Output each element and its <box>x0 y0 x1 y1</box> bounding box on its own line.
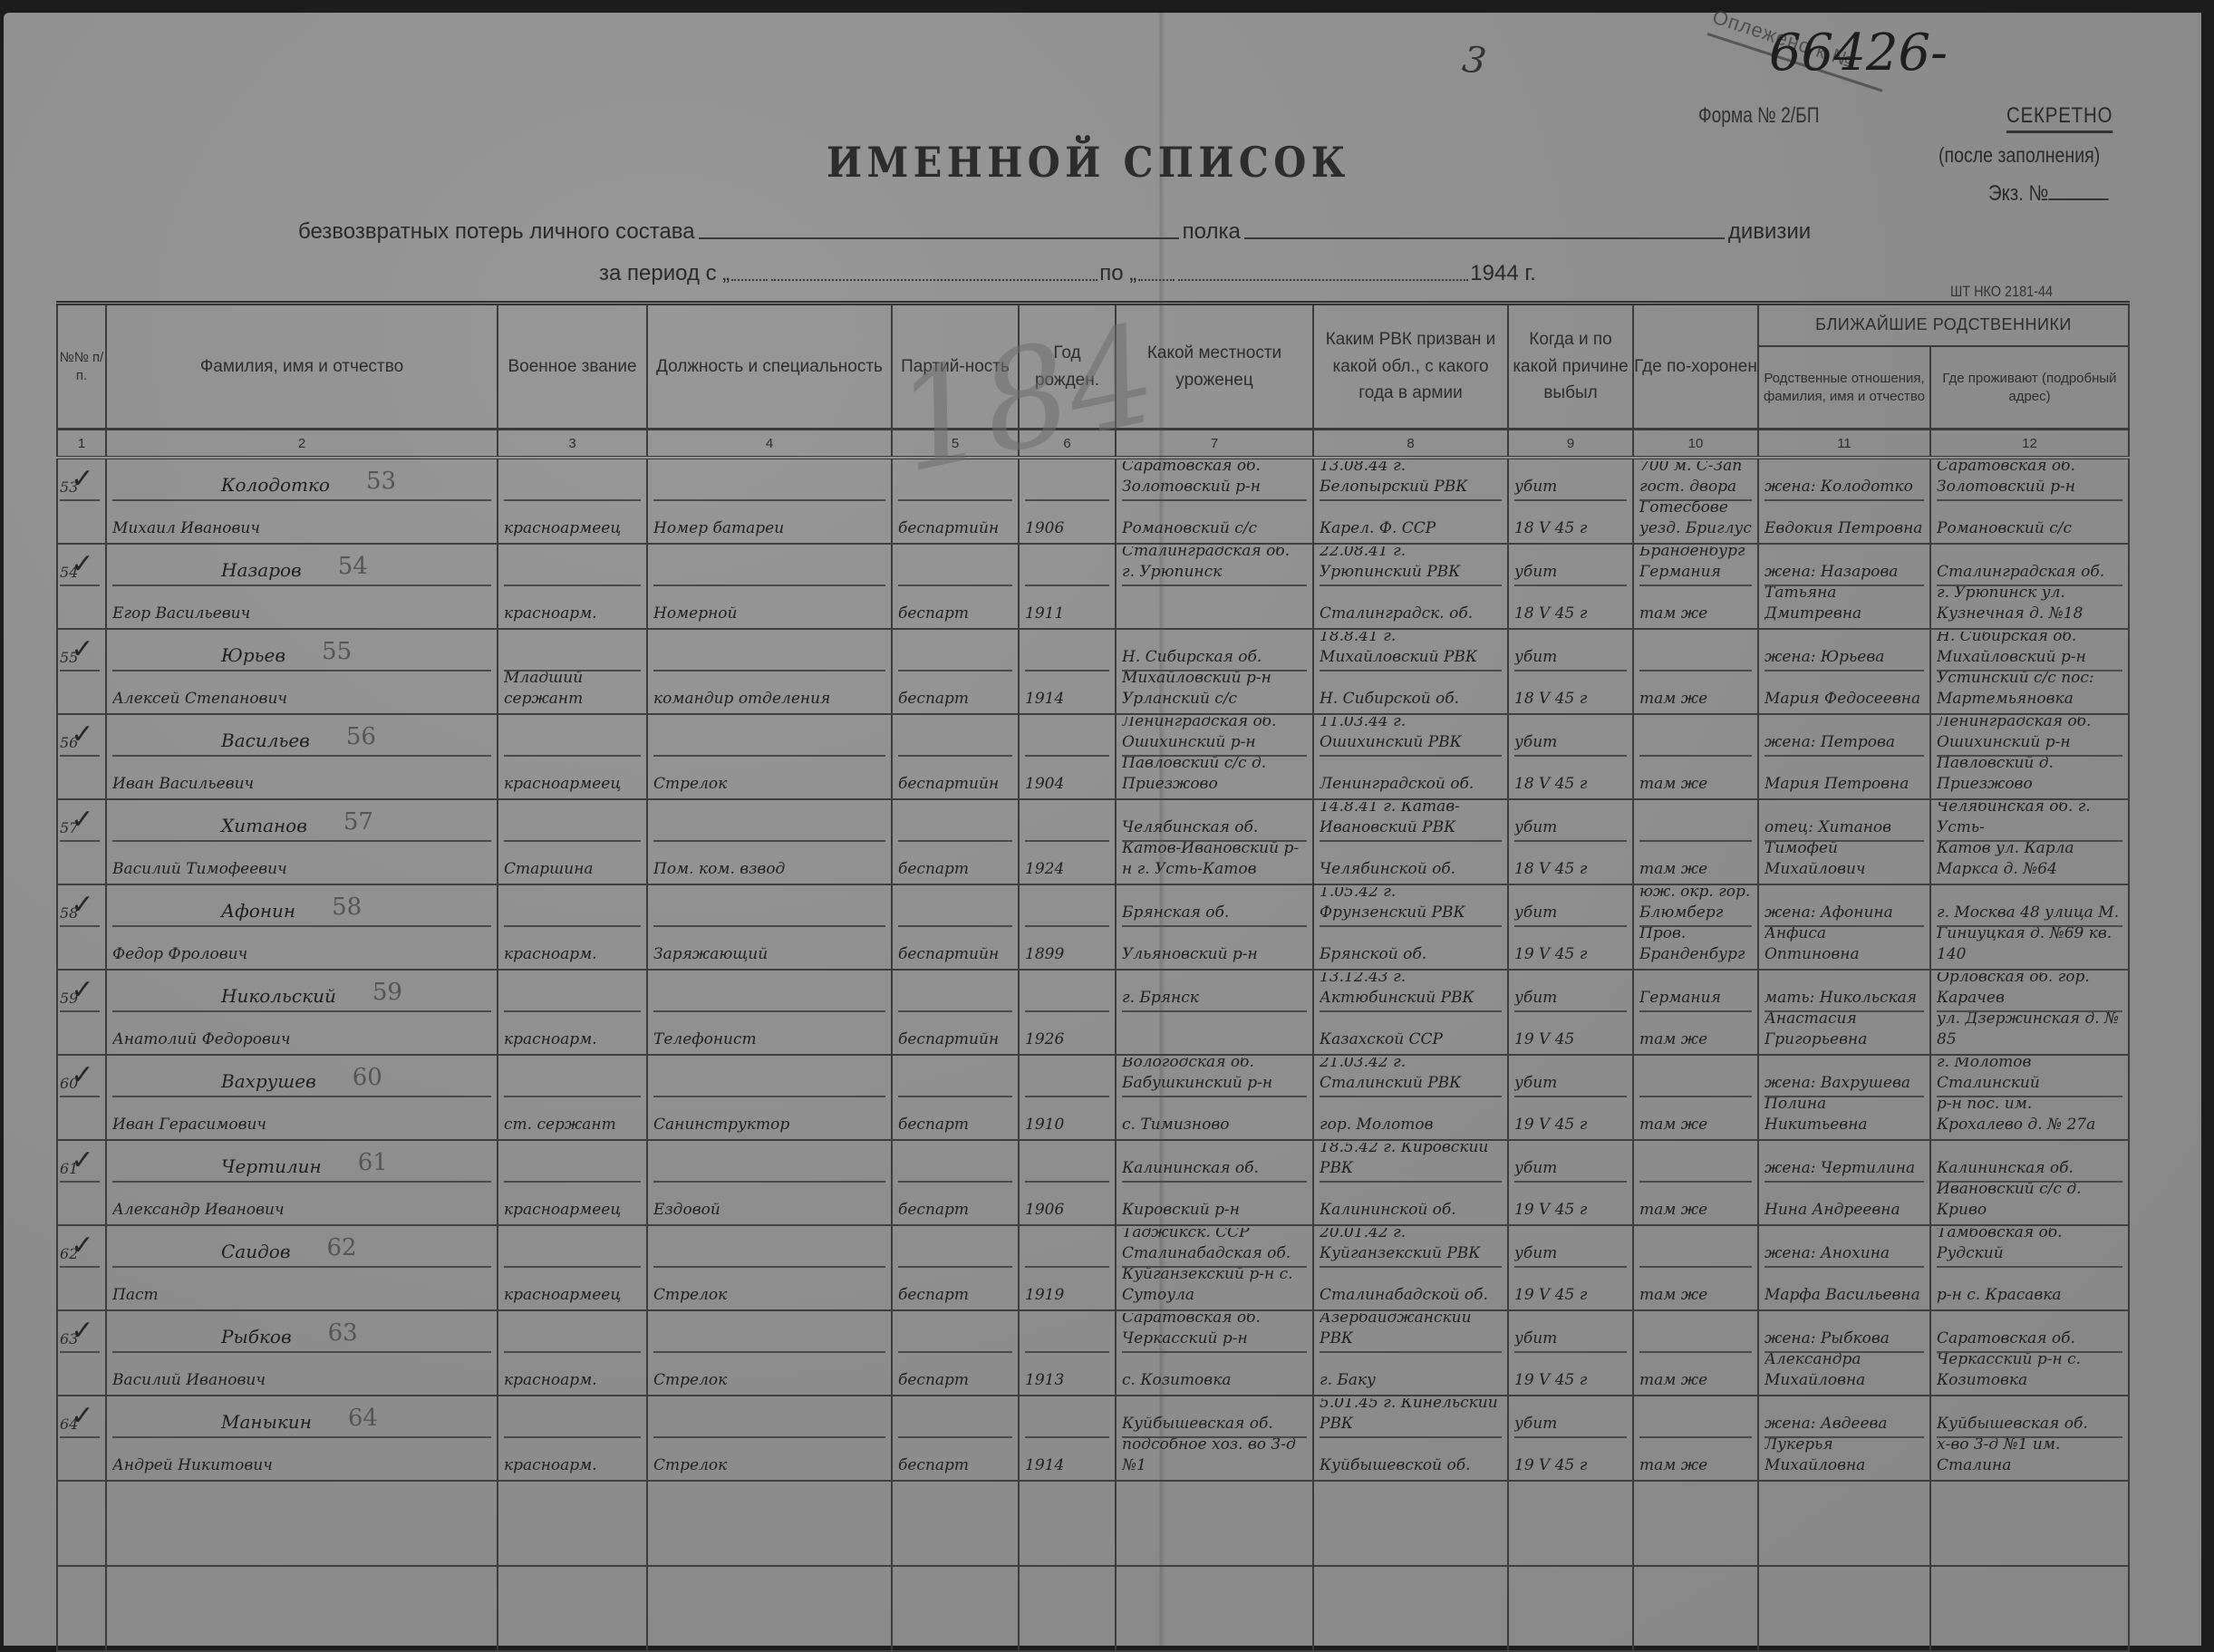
address-line-1: Орловская об. гор. Карачев <box>1937 972 2122 1009</box>
burial-line-2: там же <box>1639 774 1707 795</box>
rvk-cell: 14.8.41 г. Катав-Ивановский РВК Челябинс… <box>1313 799 1508 884</box>
table-row: 54✓ Назаров54 Егор Васильевич красноарм.… <box>57 544 2129 629</box>
row-number-cell: 54✓ <box>57 544 106 629</box>
address-line-1: Челябинская об. г. Усть- <box>1937 802 2122 838</box>
name-cell: Афонин58 Федор Фролович <box>106 884 498 970</box>
empty-cell <box>498 1481 647 1566</box>
address-line-1: г. Молотов Сталинский <box>1937 1058 2122 1094</box>
address-line-1: Саратовская об. <box>1937 1328 2075 1349</box>
relative-relation: жена: Чертилина <box>1764 1158 1915 1179</box>
address-line-2: Кировский р-н Ивановский с/с д. Криво <box>1937 1183 2122 1221</box>
row-number-cell: 59✓ <box>57 970 106 1055</box>
burial-line-2: там же <box>1639 1200 1707 1221</box>
birthplace-cell: Вологодская об. Бабушкинский р-н с. Тими… <box>1116 1055 1313 1140</box>
pencil-number: 53 <box>366 466 396 498</box>
division-blank <box>1244 237 1725 239</box>
position-cell: Пом. ком. взвод <box>647 799 892 884</box>
checkmark-icon: ✓ <box>71 632 93 668</box>
rvk-line-2: гор. Молотов <box>1320 1115 1433 1135</box>
col-number-11: 11 <box>1758 430 1930 459</box>
buried-cell: юж. окр. гор. Блюмберг Пров. Бранденбург <box>1633 884 1758 970</box>
table-row: 61✓ Чертилин61 Александр Иванович красно… <box>57 1140 2129 1225</box>
col-header-number: №№ п/п. <box>57 304 106 430</box>
burial-line-2: там же <box>1639 1115 1707 1135</box>
rvk-cell: 22.08.41 г. Урюпинский РВК Сталинградск.… <box>1313 544 1508 629</box>
empty-cell <box>106 1481 498 1566</box>
surname: Маныкин <box>221 1410 312 1435</box>
name-cell: Маныкин64 Андрей Никитович <box>106 1396 498 1481</box>
row-number-cell: 53✓ <box>57 458 106 544</box>
cause: убит <box>1514 1414 1557 1435</box>
position: Санинструктор <box>653 1115 789 1135</box>
given-names: Анатолий Федорович <box>112 1029 290 1050</box>
birth-year: 1906 <box>1025 1200 1064 1221</box>
rvk-cell: 13.12.43 г. Актюбинский РВК Казахской СС… <box>1313 970 1508 1055</box>
document-sheet: 3 Оплежено к № 66426- Форма № 2/БП СЕКРЕ… <box>4 13 2201 1646</box>
rank-cell: красноарм. <box>498 544 647 629</box>
birthplace-cell: Н. Сибирская об. Михайловский р-н Урланс… <box>1116 629 1313 714</box>
row-number-cell: 55✓ <box>57 629 106 714</box>
birthplace-cell: Челябинская об. Катов-Ивановский р-н г. … <box>1116 799 1313 884</box>
relative-cell: жена: Рыбкова Александра Михайловна <box>1758 1310 1930 1396</box>
checkmark-icon: ✓ <box>71 1228 93 1264</box>
cause: убит <box>1514 1158 1557 1179</box>
birth-year: 1924 <box>1025 859 1064 880</box>
date-out: 18 V 45 г <box>1514 518 1587 539</box>
address-line-2: Павловский д. Приезжово <box>1937 757 2122 795</box>
date-out: 18 V 45 г <box>1514 604 1587 624</box>
birthplace-line-1: Ленинградская об. Ошихинский р-н <box>1122 717 1307 753</box>
relative-relation: жена: Афонина <box>1764 903 1893 923</box>
when-why-cell: убит 18 V 45 г <box>1508 714 1633 799</box>
pencil-number: 62 <box>326 1232 356 1264</box>
rvk-cell: 13.08.44 г. Белопырский РВК Карел. Ф. СС… <box>1313 458 1508 544</box>
given-names: Федор Фролович <box>112 944 247 965</box>
checkmark-icon: ✓ <box>71 802 93 838</box>
when-why-cell: убит 19 V 45 г <box>1508 1396 1633 1481</box>
military-rank: Младший сержант <box>504 671 641 710</box>
address-cell: Тамбовская об. Рудский р-н с. Красавка <box>1930 1225 2129 1310</box>
address-cell: Челябинская об. г. Усть- Катов ул. Карла… <box>1930 799 2129 884</box>
pencil-number: 60 <box>353 1062 382 1094</box>
cause: убит <box>1514 732 1557 753</box>
address-line-2: р-н с. Красавка <box>1937 1285 2062 1306</box>
rvk-line-1: 1.05.42 г. Фрунзенский РВК <box>1320 887 1502 923</box>
birthplace-cell: г. Брянск <box>1116 970 1313 1055</box>
cause: убит <box>1514 1328 1557 1349</box>
birthplace-line-1: Куйбышевская об. <box>1122 1414 1273 1435</box>
address-line-1: Сталинградская об. <box>1937 562 2104 583</box>
birth-year: 1899 <box>1025 944 1064 965</box>
date-out: 19 V 45 г <box>1514 944 1587 965</box>
date-out: 19 V 45 г <box>1514 1285 1587 1306</box>
address-cell: Саратовская об. Золотовский р-н Романовс… <box>1930 458 2129 544</box>
rvk-cell: 18.5.42 г. Кировский РВК Калининской об. <box>1313 1140 1508 1225</box>
burial-line-2: там же <box>1639 1029 1707 1050</box>
relative-relation: жена: Авдеева <box>1764 1414 1888 1435</box>
position: командир отделения <box>653 689 830 710</box>
empty-cell <box>647 1481 892 1566</box>
empty-cell <box>1508 1481 1633 1566</box>
birthplace-cell: Калининская об. Кировский р-н <box>1116 1140 1313 1225</box>
table-row: 60✓ Вахрушев60 Иван Герасимович ст. серж… <box>57 1055 2129 1140</box>
row-number-cell: 61✓ <box>57 1140 106 1225</box>
rvk-line-2: Куйбышевской об. <box>1320 1455 1471 1476</box>
when-why-cell: убит 18 V 45 г <box>1508 799 1633 884</box>
birthplace-line-1: Саратовская об. Черкасский р-н <box>1122 1313 1307 1349</box>
address-line-2: г. Урюпинск ул. Кузнечная д. №18 <box>1937 586 2122 624</box>
checkmark-icon: ✓ <box>71 1143 93 1179</box>
rvk-line-2: Сталинградск. об. <box>1320 604 1473 624</box>
date-out: 18 V 45 г <box>1514 859 1587 880</box>
pencil-number: 55 <box>322 636 352 668</box>
position-cell: Ездовой <box>647 1140 892 1225</box>
surname: Хитанов <box>221 814 307 838</box>
rvk-line-1: 22.08.41 г. Урюпинский РВК <box>1320 546 1502 583</box>
date-out: 19 V 45 г <box>1514 1455 1587 1476</box>
rank-cell: красноарм. <box>498 1310 647 1396</box>
rvk-cell: 1.05.42 г. Фрунзенский РВК Брянской об. <box>1313 884 1508 970</box>
period-from-day <box>731 278 768 281</box>
buried-cell: там же <box>1633 1310 1758 1396</box>
birthplace-line-2: Михайловский р-н Урланский с/с <box>1122 671 1307 710</box>
row-number-cell: 58✓ <box>57 884 106 970</box>
when-why-cell: убит 18 V 45 г <box>1508 458 1633 544</box>
given-names: Александр Иванович <box>112 1200 285 1221</box>
relative-name: Мария Федосеевна <box>1764 689 1920 710</box>
when-why-cell: убит 18 V 45 г <box>1508 544 1633 629</box>
rvk-line-1: 18.5.42 г. Кировский РВК <box>1320 1143 1502 1179</box>
period-mid: по „ <box>1099 261 1136 286</box>
party-membership: беспарт <box>898 1200 969 1221</box>
empty-cell <box>1019 1566 1116 1646</box>
rvk-cell: 5.01.45 г. Кинельский РВК Куйбышевской о… <box>1313 1396 1508 1481</box>
cause: убит <box>1514 477 1557 498</box>
party-cell: беспартийн <box>892 884 1019 970</box>
relative-name: Лукерья Михайловна <box>1764 1438 1924 1476</box>
rank-cell: Старшина <box>498 799 647 884</box>
burial-line-1: 700 м. С-Зап гост. двора <box>1639 461 1752 498</box>
rvk-line-1: 5.01.45 г. Кинельский РВК <box>1320 1398 1502 1435</box>
row-number-cell: 63✓ <box>57 1310 106 1396</box>
table-row: 59✓ Никольский59 Анатолий Федорович крас… <box>57 970 2129 1055</box>
empty-cell <box>1930 1481 2129 1566</box>
relative-relation: жена: Анохина <box>1764 1243 1890 1264</box>
empty-cell <box>892 1481 1019 1566</box>
buried-cell: там же <box>1633 1225 1758 1310</box>
col-number-12: 12 <box>1930 430 2129 459</box>
empty-cell <box>892 1566 1019 1646</box>
name-cell: Вахрушев60 Иван Герасимович <box>106 1055 498 1140</box>
rvk-cell: 18.8.41 г. Михайловский РВК Н. Сибирской… <box>1313 629 1508 714</box>
relative-relation: жена: Юрьева <box>1764 647 1884 668</box>
name-cell: Хитанов57 Василий Тимофеевич <box>106 799 498 884</box>
cause: убит <box>1514 1243 1557 1264</box>
birth-year: 1906 <box>1025 518 1064 539</box>
relative-name: Евдокия Петровна <box>1764 518 1922 539</box>
party-membership: беспартийн <box>898 1029 999 1050</box>
surname: Чертилин <box>221 1154 322 1179</box>
surname: Саидов <box>221 1240 290 1264</box>
military-rank: красноарм. <box>504 944 597 965</box>
rank-cell: красноармеец <box>498 714 647 799</box>
cause: убит <box>1514 817 1557 838</box>
empty-cell <box>1633 1481 1758 1566</box>
position-cell: Стрелок <box>647 1225 892 1310</box>
address-line-1: г. Москва 48 улица М. <box>1937 903 2119 923</box>
address-line-2: Гиниуцкая д. №69 кв. 140 <box>1937 927 2122 965</box>
buried-cell: Германия там же <box>1633 970 1758 1055</box>
birthplace-line-1: Брянская об. <box>1122 903 1229 923</box>
relative-name: Татьяна Дмитревна <box>1764 586 1924 624</box>
burial-line-1: Германия <box>1639 988 1721 1009</box>
birth-year: 1911 <box>1025 604 1064 624</box>
empty-cell <box>1313 1481 1508 1566</box>
party-cell: беспарт <box>892 1055 1019 1140</box>
party-cell: беспарт <box>892 544 1019 629</box>
date-out: 19 V 45 г <box>1514 1115 1587 1135</box>
pencil-number: 64 <box>348 1403 378 1435</box>
birth-year-cell: 1904 <box>1019 714 1116 799</box>
position-cell: Телефонист <box>647 970 892 1055</box>
surname: Васильев <box>221 729 310 753</box>
col-number-3: 3 <box>498 430 647 459</box>
birth-year-cell: 1914 <box>1019 1396 1116 1481</box>
burial-line-2: там же <box>1639 859 1707 880</box>
col-header-rvk: Каким РВК призван и какой обл., с какого… <box>1313 304 1508 430</box>
birthplace-line-2: с. Козитовка <box>1122 1370 1231 1391</box>
birthplace-line-1: Таджикск. ССР Сталинабадская об. <box>1122 1228 1307 1264</box>
birth-year: 1919 <box>1025 1285 1064 1306</box>
empty-cell <box>1508 1566 1633 1646</box>
position: Номерной <box>653 604 737 624</box>
rank-cell: красноармеец <box>498 458 647 544</box>
rank-cell: красноарм. <box>498 970 647 1055</box>
party-membership: беспартийн <box>898 518 999 539</box>
relative-cell: жена: Афонина Анфиса Оптиновна <box>1758 884 1930 970</box>
birthplace-cell: Таджикск. ССР Сталинабадская об. Куйганз… <box>1116 1225 1313 1310</box>
military-rank: красноармеец <box>504 518 621 539</box>
period-prefix: за период с „ <box>599 261 730 286</box>
col-number-2: 2 <box>106 430 498 459</box>
empty-cell <box>1758 1481 1930 1566</box>
birthplace-line-1: г. Брянск <box>1122 988 1199 1009</box>
relative-name: Марфа Васильевна <box>1764 1285 1920 1306</box>
birth-year: 1926 <box>1025 1029 1064 1050</box>
subtitle-prefix: безвозвратных потерь личного состава <box>298 219 695 245</box>
address-cell: Н. Сибирская об. Михайловский р-н Устинс… <box>1930 629 2129 714</box>
party-membership: беспартийн <box>898 774 999 795</box>
address-cell: Ленинградская об. Ошихинский р-н Павловс… <box>1930 714 2129 799</box>
address-cell: Саратовская об. Черкасский р-н с. Козито… <box>1930 1310 2129 1396</box>
empty-cell <box>498 1566 647 1646</box>
address-line-2: р-н пос. им. Крохалево д. № 27а <box>1937 1097 2122 1135</box>
rvk-line-1: 20.01.42 г. Куйганзекский РВК <box>1320 1228 1502 1264</box>
pencil-number: 56 <box>346 721 376 753</box>
birthplace-line-1: Калининская об. <box>1122 1158 1259 1179</box>
rvk-line-1: 11.03.44 г. Ошихинский РВК <box>1320 717 1502 753</box>
position: Заряжающий <box>653 944 768 965</box>
position: Стрелок <box>653 1370 727 1391</box>
address-cell: Калининская об. Кировский р-н Ивановский… <box>1930 1140 2129 1225</box>
rvk-line-2: Ленинградской об. <box>1320 774 1474 795</box>
party-cell: беспартийн <box>892 970 1019 1055</box>
surname: Колодотко <box>221 473 330 498</box>
period-row: за период с „ по „ 1944 г. <box>599 261 1536 286</box>
burial-line-2: там же <box>1639 604 1707 624</box>
birth-year-cell: 1913 <box>1019 1310 1116 1396</box>
relative-relation: жена: Петрова <box>1764 732 1895 753</box>
birthplace-line-2: Павловский с/с д. Приезжово <box>1122 757 1307 795</box>
col-header-rank: Военное звание <box>498 304 647 430</box>
surname: Вахрушев <box>221 1069 316 1094</box>
subtitle-row: безвозвратных потерь личного состава пол… <box>298 219 1811 245</box>
relative-cell: отец: Хитанов Тимофей Михайлович <box>1758 799 1930 884</box>
relative-relation: отец: Хитанов <box>1764 817 1891 838</box>
col-number-10: 10 <box>1633 430 1758 459</box>
birthplace-line-2: Катов-Ивановский р-н г. Усть-Катов <box>1122 842 1307 880</box>
name-cell: Юрьев55 Алексей Степанович <box>106 629 498 714</box>
table-body: 53✓ Колодотко53 Михаил Иванович красноар… <box>57 458 2129 1646</box>
secrecy-note: (после заполнения) <box>1938 143 2100 168</box>
birthplace-cell: Ленинградская об. Ошихинский р-н Павловс… <box>1116 714 1313 799</box>
rvk-line-2: Карел. Ф. ССР <box>1320 518 1436 539</box>
military-rank: ст. сержант <box>504 1115 616 1135</box>
period-to-day <box>1138 278 1175 281</box>
checkmark-icon: ✓ <box>71 887 93 923</box>
rvk-cell: 21.03.42 г. Сталинский РВК гор. Молотов <box>1313 1055 1508 1140</box>
row-number-cell: 57✓ <box>57 799 106 884</box>
relative-cell: жена: Вахрушева Полина Никитьевна <box>1758 1055 1930 1140</box>
when-why-cell: убит 18 V 45 г <box>1508 629 1633 714</box>
party-membership: беспарт <box>898 1455 969 1476</box>
date-out: 18 V 45 г <box>1514 689 1587 710</box>
address-cell: Сталинградская об. г. Урюпинск ул. Кузне… <box>1930 544 2129 629</box>
buried-cell: там же <box>1633 629 1758 714</box>
military-rank: красноармеец <box>504 774 621 795</box>
party-cell: беспарт <box>892 1225 1019 1310</box>
position-cell: Заряжающий <box>647 884 892 970</box>
military-rank: красноармеец <box>504 1285 621 1306</box>
losses-table: №№ п/п. Фамилия, имя и отчество Военное … <box>56 301 2130 1646</box>
birth-year-cell: 1910 <box>1019 1055 1116 1140</box>
rvk-cell: 11.03.44 г. Ошихинский РВК Ленинградской… <box>1313 714 1508 799</box>
empty-cell <box>1758 1566 1930 1646</box>
position-cell: Стрелок <box>647 1310 892 1396</box>
empty-cell <box>57 1566 106 1646</box>
given-names: Василий Иванович <box>112 1370 266 1391</box>
given-names: Егор Васильевич <box>112 604 250 624</box>
rank-cell: красноарм. <box>498 884 647 970</box>
name-cell: Никольский59 Анатолий Федорович <box>106 970 498 1055</box>
birth-year: 1914 <box>1025 689 1064 710</box>
when-why-cell: убит 19 V 45 г <box>1508 1310 1633 1396</box>
table-row: 56✓ Васильев56 Иван Васильевич красноарм… <box>57 714 2129 799</box>
period-to-month <box>1178 278 1468 281</box>
buried-cell: там же <box>1633 714 1758 799</box>
buried-cell: там же <box>1633 1140 1758 1225</box>
checkmark-icon: ✓ <box>71 717 93 753</box>
given-names: Михаил Иванович <box>112 518 260 539</box>
birthplace-line-2: Романовский с/с <box>1122 518 1257 539</box>
relative-relation: жена: Колодотко <box>1764 477 1913 498</box>
period-from-month <box>771 278 1097 281</box>
col-number-9: 9 <box>1508 430 1633 459</box>
surname: Рыбков <box>221 1325 292 1349</box>
relative-relation: жена: Рыбкова <box>1764 1328 1890 1349</box>
subtitle-division: дивизии <box>1728 219 1811 245</box>
birthplace-cell: Саратовская об. Золотовский р-н Романовс… <box>1116 458 1313 544</box>
rvk-line-2: Н. Сибирской об. <box>1320 689 1459 710</box>
birthplace-line-1: Саратовская об. Золотовский р-н <box>1122 461 1307 498</box>
relative-name: Анастасия Григорьевна <box>1764 1012 1924 1050</box>
birth-year: 1910 <box>1025 1115 1064 1135</box>
rvk-line-2: г. Баку <box>1320 1370 1376 1391</box>
relative-name: Мария Петровна <box>1764 774 1909 795</box>
table-row: 55✓ Юрьев55 Алексей Степанович Младший с… <box>57 629 2129 714</box>
position: Стрелок <box>653 774 727 795</box>
subtitle-regiment: полка <box>1183 219 1241 245</box>
military-rank: красноарм. <box>504 604 597 624</box>
rank-cell: красноармеец <box>498 1140 647 1225</box>
empty-cell <box>1019 1481 1116 1566</box>
position: Телефонист <box>653 1029 757 1050</box>
address-cell: г. Молотов Сталинский р-н пос. им. Кроха… <box>1930 1055 2129 1140</box>
relative-cell: жена: Юрьева Мария Федосеевна <box>1758 629 1930 714</box>
relative-cell: жена: Авдеева Лукерья Михайловна <box>1758 1396 1930 1481</box>
rvk-line-2: Сталинабадской об. <box>1320 1285 1488 1306</box>
burial-line-2: там же <box>1639 1370 1707 1391</box>
col-header-position: Должность и специальность <box>647 304 892 430</box>
address-cell: Орловская об. гор. Карачев ул. Дзержинск… <box>1930 970 2129 1055</box>
military-rank: Старшина <box>504 859 594 880</box>
rvk-line-1: 13.12.43 г. Актюбинский РВК <box>1320 972 1502 1009</box>
birth-year-cell: 1914 <box>1019 629 1116 714</box>
address-cell: г. Москва 48 улица М. Гиниуцкая д. №69 к… <box>1930 884 2129 970</box>
birthplace-line-2: Куйганзекский р-н с. Сутоула <box>1122 1268 1307 1306</box>
cause: убит <box>1514 647 1557 668</box>
party-cell: беспарт <box>892 1396 1019 1481</box>
checkmark-icon: ✓ <box>71 546 93 583</box>
address-cell: Куйбышевская об. Кинельское подсобное х-… <box>1930 1396 2129 1481</box>
date-out: 18 V 45 г <box>1514 774 1587 795</box>
address-line-2: Катов ул. Карла Маркса д. №64 <box>1937 842 2122 880</box>
military-rank: красноарм. <box>504 1370 597 1391</box>
birthplace-line-1: Сталинградская об. г. Урюпинск <box>1122 546 1307 583</box>
regiment-blank <box>699 237 1179 239</box>
position-cell: Номер батареи <box>647 458 892 544</box>
checkmark-icon: ✓ <box>71 1058 93 1094</box>
rvk-line-2: Казахской ССР <box>1320 1029 1443 1050</box>
position: Стрелок <box>653 1455 727 1476</box>
relative-relation: жена: Назарова <box>1764 562 1898 583</box>
surname: Никольский <box>221 984 336 1009</box>
checkmark-icon: ✓ <box>71 972 93 1009</box>
party-membership: беспарт <box>898 1370 969 1391</box>
party-membership: беспарт <box>898 1285 969 1306</box>
table-row: 58✓ Афонин58 Федор Фролович красноарм. З… <box>57 884 2129 970</box>
position: Ездовой <box>653 1200 720 1221</box>
position: Стрелок <box>653 1285 727 1306</box>
period-year: 1944 г. <box>1470 261 1536 286</box>
address-line-1: Куйбышевская об. <box>1937 1414 2088 1435</box>
birth-year: 1913 <box>1025 1370 1064 1391</box>
birth-year-cell: 1924 <box>1019 799 1116 884</box>
name-cell: Назаров54 Егор Васильевич <box>106 544 498 629</box>
address-line-1: Саратовская об. Золотовский р-н <box>1937 461 2122 498</box>
given-names: Иван Васильевич <box>112 774 254 795</box>
rvk-line-1: 21.03.42 г. Сталинский РВК <box>1320 1058 1502 1094</box>
